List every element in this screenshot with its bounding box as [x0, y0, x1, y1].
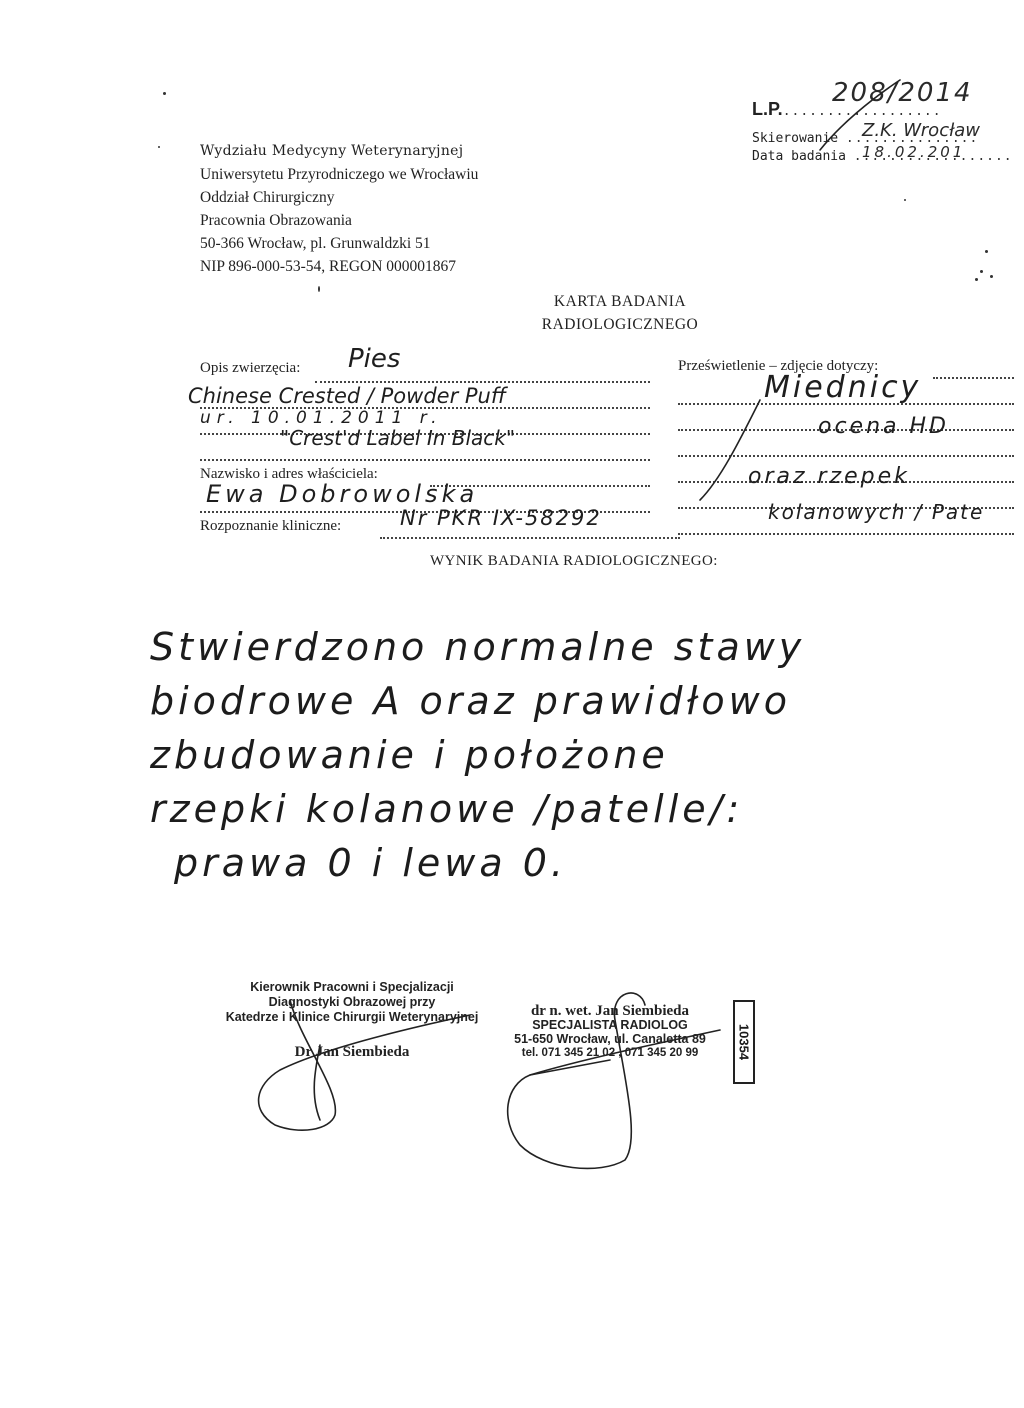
- result-line: Stwierdzono normalne stawy: [150, 620, 970, 674]
- form-title-line: KARTA BADANIA: [0, 290, 1024, 313]
- stamp-line: Diagnostyki Obrazowej przy: [222, 995, 482, 1010]
- animal-name: "Crest'd Label In Black": [280, 426, 515, 450]
- scan-speck: [985, 250, 988, 253]
- stamp-line: Kierownik Pracowni i Specjalizacji: [222, 980, 482, 995]
- institution-header: Wydziału Medycyny Weterynaryjnej Uniwers…: [200, 140, 478, 278]
- xray-line: Miednicy: [764, 370, 921, 405]
- stamp-line: Katedrze i Klinice Chirurgii Weterynaryj…: [222, 1010, 482, 1025]
- referral-value: Z.K. Wrocław: [862, 122, 980, 140]
- exam-date-value: 18.02.201: [862, 143, 965, 161]
- record-block: L.P................... 208/2014 Skierowa…: [752, 100, 1013, 166]
- referral-label: Skierowanie: [752, 131, 838, 146]
- stamp-name: Dr Jan Siembieda: [222, 1045, 482, 1060]
- lp-label: L.P.: [752, 99, 783, 119]
- supervisor-stamp: Kierownik Pracowni i Specjalizacji Diagn…: [222, 980, 482, 1060]
- license-number-badge: 10354: [733, 1000, 755, 1084]
- result-line: zbudowanie i położone: [150, 728, 970, 782]
- license-number: 10354: [737, 1024, 752, 1060]
- radiologist-stamp: dr n. wet. Jan Siembieda SPECJALISTA RAD…: [510, 1004, 710, 1060]
- institution-line: Oddział Chirurgiczny: [200, 186, 478, 209]
- diagnosis-label: Rozpoznanie kliniczne:: [200, 518, 341, 534]
- animal-label: Opis zwierzęcia:: [200, 360, 300, 376]
- form-title-line: RADIOLOGICZNEGO: [0, 313, 1024, 336]
- result-line: biodrowe A oraz prawidłowo: [150, 674, 970, 728]
- scan-speck: [158, 146, 160, 148]
- scan-speck: [975, 278, 978, 281]
- radiologist-title: SPECJALISTA RADIOLOG: [510, 1018, 710, 1032]
- result-line: rzepki kolanowe /patelle/:: [150, 782, 970, 836]
- animal-birth: ur. 10.01.2011 r.: [200, 408, 443, 428]
- result-title: WYNIK BADANIA RADIOLOGICZNEGO:: [430, 553, 718, 570]
- institution-line: Wydziału Medycyny Weterynaryjnej: [200, 140, 478, 163]
- result-text: Stwierdzono normalne stawy biodrowe A or…: [150, 620, 970, 890]
- animal-section: Opis zwierzęcia: Pies Chinese Crested / …: [200, 360, 680, 544]
- animal-breed: Chinese Crested / Powder Puff: [188, 384, 506, 408]
- result-line: prawa 0 i lewa 0.: [150, 836, 970, 890]
- xray-line: ocena HD: [818, 414, 949, 439]
- diagnosis-value: Nr PKR IX-58292: [400, 506, 602, 530]
- owner-value: Ewa Dobrowolska: [206, 480, 478, 508]
- institution-line: Uniwersytetu Przyrodniczego we Wrocławiu: [200, 163, 478, 186]
- institution-line: 50-366 Wrocław, pl. Grunwaldzki 51: [200, 232, 478, 255]
- institution-line: Pracownia Obrazowania: [200, 209, 478, 232]
- radiologist-phone: tel. 071 345 21 02 , 071 345 20 99: [510, 1046, 710, 1060]
- lp-value: 208/2014: [832, 84, 973, 102]
- form-title: KARTA BADANIA RADIOLOGICZNEGO: [0, 290, 1024, 336]
- radiologist-address: 51-650 Wrocław, ul. Canaletta 89: [510, 1032, 710, 1046]
- scan-speck: [163, 92, 166, 95]
- animal-species: Pies: [348, 344, 400, 374]
- institution-line: NIP 896-000-53-54, REGON 000001867: [200, 255, 478, 278]
- scan-speck: [980, 270, 983, 273]
- xray-line: oraz rzepek: [748, 464, 910, 489]
- xray-line: kolanowych / Pate: [768, 500, 984, 524]
- radiologist-name: dr n. wet. Jan Siembieda: [510, 1004, 710, 1018]
- exam-date-label: Data badania: [752, 149, 846, 164]
- scan-speck: [990, 275, 993, 278]
- scan-speck: [904, 199, 906, 201]
- scan-speck: [318, 286, 320, 292]
- xray-section: Prześwietlenie – zdjęcie dotyczy: Miedni…: [678, 358, 1024, 540]
